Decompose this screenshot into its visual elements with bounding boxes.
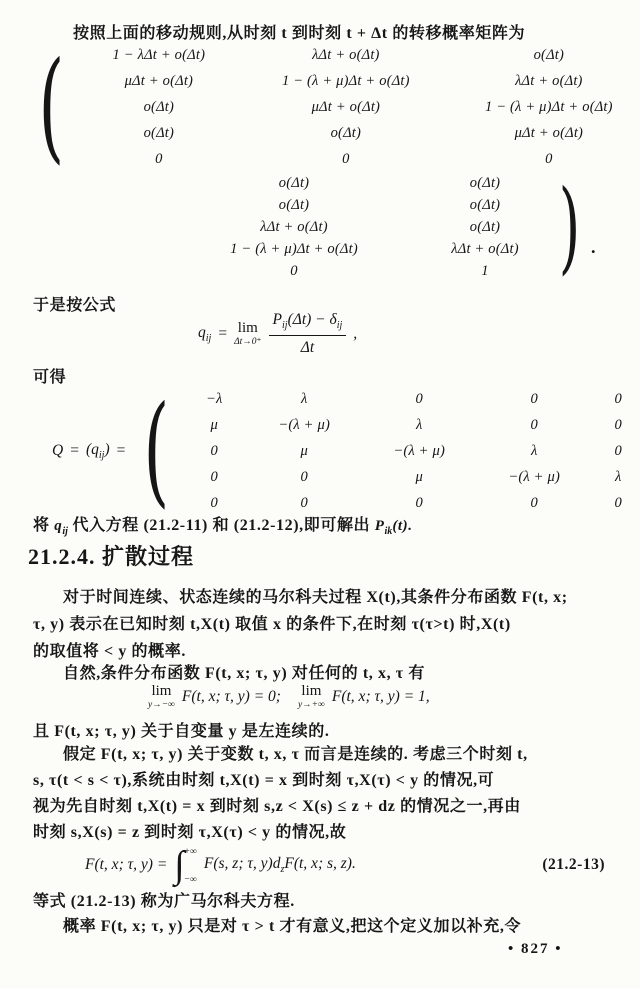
then-by-formula-label: 于是按公式 <box>33 292 116 315</box>
qij-definition-formula: qij = lim Δt→0⁺ Pij(Δt) − δij Δt , <box>198 310 357 359</box>
matrix-grid: o(Δt) o(Δt) o(Δt) o(Δt) λΔt + o(Δt) o(Δt… <box>168 172 550 282</box>
fraction: Pij(Δt) − δij Δt <box>269 310 347 359</box>
matrix-cell: 1 − λΔt + o(Δt) <box>75 47 243 64</box>
qij-paren-group: (qij) <box>86 441 110 461</box>
lim-word: lim <box>301 684 321 699</box>
matrix-cell: 0 <box>360 391 478 408</box>
equation-number: (21.2-13) <box>542 856 605 874</box>
upper-limit: +∞ <box>184 847 197 857</box>
Q-symbol: Q <box>52 442 63 460</box>
matrix-cell: 1 <box>420 263 550 280</box>
matrix-grid: −λ λ 0 0 0 μ −(λ + μ) λ 0 0 0 μ −(λ + μ)… <box>180 386 640 516</box>
matrix-cell: o(Δt) <box>420 175 550 192</box>
matrix-cell: 0 <box>478 417 590 434</box>
limit-expression: F(t, x; τ, y) = 1, <box>332 688 430 706</box>
matrix-cell: λ <box>590 469 640 486</box>
matrix-cell: 1 − (λ + μ)Δt + o(Δt) <box>168 241 420 258</box>
matrix-cell: o(Δt) <box>168 175 420 192</box>
matrix-cell: −λ <box>180 391 248 408</box>
substitution-sentence: 将 qij 代入方程 (21.2-11) 和 (21.2-12),即可解出 Pi… <box>33 512 413 537</box>
limit-operator: lim y→−∞ <box>148 684 175 711</box>
transition-matrix-part2: o(Δt) o(Δt) o(Δt) o(Δt) λΔt + o(Δt) o(Δt… <box>168 172 596 282</box>
equation-name-sentence: 等式 (21.2-13) 称为广马尔科夫方程. <box>33 888 295 911</box>
qij-lhs: qij <box>198 324 211 344</box>
text-run: 将 <box>33 517 54 534</box>
chapman-kolmogorov-equation: F(t, x; τ, y) = ∫ +∞ −∞ F(s, z; τ, y)dzF… <box>85 845 605 885</box>
matrix-grid: 1 − λΔt + o(Δt) λΔt + o(Δt) o(Δt) μΔt + … <box>75 42 640 172</box>
matrix-cell: 0 <box>478 391 590 408</box>
equals-sign: = <box>218 325 227 343</box>
page-number: • 827 • <box>508 941 563 958</box>
matrix-cell: 0 <box>590 443 640 460</box>
transition-matrix-part1: ( 1 − λΔt + o(Δt) λΔt + o(Δt) o(Δt) μΔt … <box>28 42 640 172</box>
paragraph-line: 对于时间连续、状态连续的马尔科夫过程 X(t),其条件分布函数 F(t, x; <box>33 584 568 611</box>
matrix-cell: o(Δt) <box>168 197 420 214</box>
integrand: F(s, z; τ, y)dzF(t, x; s, z). <box>204 855 356 875</box>
matrix-cell: μ <box>180 417 248 434</box>
limit-expression: F(t, x; τ, y) = 0; <box>182 688 281 706</box>
matrix-cell: −(λ + μ) <box>248 417 360 434</box>
matrix-cell: μΔt + o(Δt) <box>243 99 449 116</box>
matrix-cell: 0 <box>478 495 590 512</box>
paragraph-line: 视为先自时刻 t,X(t) = x 到时刻 s,z < X(s) ≤ z + d… <box>33 794 528 820</box>
matrix-cell: 0 <box>75 151 243 168</box>
matrix-cell: 0 <box>180 469 248 486</box>
intro-sentence: 按照上面的移动规则,从时刻 t 到时刻 t + Δt 的转移概率矩阵为 <box>73 20 525 43</box>
paragraph-line: 时刻 s,X(s) = z 到时刻 τ,X(τ) < y 的情况,故 <box>33 820 528 846</box>
lim-subscript: y→−∞ <box>148 701 175 711</box>
lower-limit: −∞ <box>184 875 197 885</box>
matrix-cell: 0 <box>449 151 640 168</box>
matrix-cell: μ <box>360 469 478 486</box>
matrix-cell: o(Δt) <box>75 125 243 142</box>
matrix-cell: o(Δt) <box>420 197 550 214</box>
scanned-textbook-page: 按照上面的移动规则,从时刻 t 到时刻 t + Δt 的转移概率矩阵为 ( 1 … <box>0 0 640 988</box>
matrix-cell: 0 <box>180 443 248 460</box>
qie-sentence: 且 F(t, x; τ, y) 关于自变量 y 是左连续的. <box>33 718 329 741</box>
matrix-cell: 0 <box>168 263 420 280</box>
matrix-cell: o(Δt) <box>75 99 243 116</box>
integral-sign: ∫ +∞ −∞ <box>174 845 197 885</box>
paragraph-line: τ, y) 表示在已知时刻 t,X(t) 取值 x 的条件下,在时刻 τ(τ>t… <box>33 611 568 638</box>
limit-operator: lim y→+∞ <box>298 684 325 711</box>
equation-lhs: F(t, x; τ, y) = <box>85 856 167 874</box>
matrix-cell: 1 − (λ + μ)Δt + o(Δt) <box>243 73 449 90</box>
comma: , <box>353 325 357 343</box>
matrix-cell: μΔt + o(Δt) <box>449 125 640 142</box>
matrix-cell: 0 <box>590 391 640 408</box>
matrix-cell: 0 <box>180 495 248 512</box>
bold-term: 广马尔科夫方程 <box>174 893 290 910</box>
matrix-cell: μΔt + o(Δt) <box>75 73 243 90</box>
lim-subscript: y→+∞ <box>298 701 325 711</box>
matrix-cell: 0 <box>243 151 449 168</box>
subscript: ij <box>206 333 212 344</box>
matrix-cell: 0 <box>248 495 360 512</box>
subscript: ij <box>337 320 343 331</box>
matrix-cell: λΔt + o(Δt) <box>449 73 640 90</box>
matrix-cell: λ <box>478 443 590 460</box>
matrix-cell: μ <box>248 443 360 460</box>
probability-definition-sentence: 概率 F(t, x; τ, y) 只是对 τ > t 才有意义,把这个定义加以补… <box>33 913 521 936</box>
kede-label: 可得 <box>33 364 66 387</box>
matrix-cell: o(Δt) <box>420 219 550 236</box>
matrix-cell: λ <box>248 391 360 408</box>
paragraph-diffusion-intro: 对于时间连续、状态连续的马尔科夫过程 X(t),其条件分布函数 F(t, x; … <box>33 584 568 665</box>
q-matrix-lhs: Q = (qij) = <box>52 441 125 461</box>
matrix-cell: −(λ + μ) <box>478 469 590 486</box>
ziran-sentence: 自然,条件分布函数 F(t, x; τ, y) 对任何的 t, x, τ 有 <box>33 660 425 683</box>
matrix-cell: λΔt + o(Δt) <box>243 47 449 64</box>
matrix-cell: λΔt + o(Δt) <box>420 241 550 258</box>
paragraph-three-moments: 假定 F(t, x; τ, y) 关于变数 t, x, τ 而言是连续的. 考虑… <box>33 742 528 846</box>
matrix-period: . <box>591 237 596 258</box>
limit-operator: lim Δt→0⁺ <box>234 321 261 348</box>
right-paren: ) <box>559 173 580 281</box>
matrix-cell: 0 <box>360 495 478 512</box>
integral-limits: +∞ −∞ <box>184 845 197 885</box>
text-run: 代入方程 (21.2-11) 和 (21.2-12),即可解出 <box>68 517 375 534</box>
text-run: . <box>290 893 295 910</box>
lim-subscript: Δt→0⁺ <box>234 338 261 348</box>
q-matrix-equation: Q = (qij) = ( −λ λ 0 0 0 μ −(λ + μ) λ 0 … <box>52 386 640 516</box>
P-variable: Pik(t). <box>375 518 413 534</box>
denominator: Δt <box>301 336 314 359</box>
numerator: Pij(Δt) − δij <box>269 310 347 336</box>
q-variable: qij <box>54 518 68 534</box>
lim-word: lim <box>238 321 258 336</box>
matrix-cell: 0 <box>590 495 640 512</box>
paragraph-line: s, τ(t < s < τ),系统由时刻 t,X(t) = x 到时刻 τ,X… <box>33 768 528 794</box>
matrix-cell: 1 − (λ + μ)Δt + o(Δt) <box>449 99 640 116</box>
paragraph-line: 假定 F(t, x; τ, y) 关于变数 t, x, τ 而言是连续的. 考虑… <box>33 742 528 768</box>
limits-formula: lim y→−∞ F(t, x; τ, y) = 0; lim y→+∞ F(t… <box>148 684 430 711</box>
matrix-cell: o(Δt) <box>449 47 640 64</box>
equals-sign: = <box>117 442 126 460</box>
matrix-cell: 0 <box>590 417 640 434</box>
matrix-cell: λ <box>360 417 478 434</box>
left-paren: ( <box>144 386 170 516</box>
section-heading: 21.2.4. 扩散过程 <box>28 540 194 571</box>
equals-sign: = <box>70 442 79 460</box>
text-run: 等式 (21.2-13) 称为 <box>33 893 174 910</box>
matrix-cell: 0 <box>248 469 360 486</box>
lim-word: lim <box>151 684 171 699</box>
matrix-cell: o(Δt) <box>243 125 449 142</box>
matrix-cell: λΔt + o(Δt) <box>168 219 420 236</box>
matrix-cell: −(λ + μ) <box>360 443 478 460</box>
left-paren: ( <box>39 42 65 172</box>
